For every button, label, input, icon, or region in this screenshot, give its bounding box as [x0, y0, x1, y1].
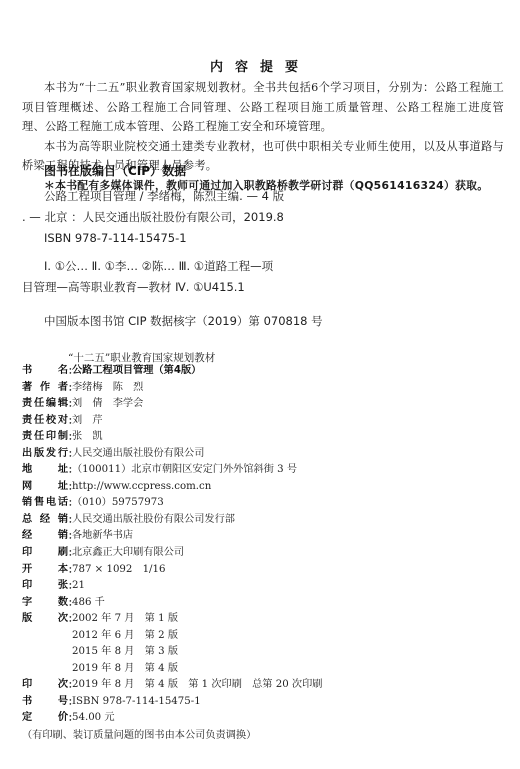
- copyright-page: 内容提要 本书为“十二五”职业教育国家规划教材。全书共包括6个学习项目，分别为：…: [0, 0, 520, 769]
- colophon-row: 定价：54.00 元: [22, 710, 442, 727]
- colophon-row: 经销：各地新华书店: [22, 528, 442, 545]
- colophon-value: 李绪梅 陈 烈: [72, 380, 143, 397]
- colophon-value: 人民交通出版社股份有限公司发行部: [72, 512, 235, 529]
- colophon-value: 公路工程项目管理（第4版）: [72, 363, 201, 380]
- summary-paragraph: 本书为“十二五”职业教育国家规划教材。全书共包括6个学习项目，分别为：公路工程施…: [22, 78, 504, 137]
- colophon-value: 各地新华书店: [72, 528, 133, 545]
- colophon-value: 486 千: [72, 595, 105, 612]
- colophon-label: 责任印制: [22, 429, 68, 446]
- colophon-row: 责任编辑：刘 倩 李学会: [22, 396, 442, 413]
- colophon-value: （010）59757973: [72, 495, 164, 512]
- colophon-row: ：2015 年 8 月 第 3 版: [22, 644, 442, 661]
- colophon-row: 出版发行：人民交通出版社股份有限公司: [22, 446, 442, 463]
- colophon-row: 网址：http://www.ccpress.com.cn: [22, 479, 442, 496]
- cip-data: 公路工程项目管理 / 李绪梅，陈烈主编. — 4 版 . — 北京 ：人民交通出…: [22, 186, 422, 298]
- colophon-label: 开本: [22, 562, 68, 579]
- colophon-row: 书号：ISBN 978-7-114-15475-1: [22, 694, 442, 711]
- colophon-label: 印张: [22, 578, 68, 595]
- colophon-label: 印次: [22, 677, 68, 694]
- colophon-label: 销售电话: [22, 495, 68, 512]
- colophon-label: 网址: [22, 479, 68, 496]
- cip-subject-line: Ⅰ. ①公… Ⅱ. ①李… ②陈… Ⅲ. ①道路工程—项: [22, 256, 422, 277]
- colophon-value: 54.00 元: [72, 710, 115, 727]
- colophon-value: （100011）北京市朝阳区安定门外外馆斜街 3 号: [72, 462, 297, 479]
- colophon-row: 版次：2002 年 7 月 第 1 版: [22, 611, 442, 628]
- colophon-label: 责任编辑: [22, 396, 68, 413]
- colophon-value: 2019 年 8 月 第 4 版: [72, 661, 178, 678]
- colophon-value: 787 × 1092 1/16: [72, 562, 165, 579]
- colophon-value: 2012 年 6 月 第 2 版: [72, 628, 178, 645]
- colophon-label: 著作者: [22, 380, 68, 397]
- colophon-value: 张 凯: [72, 429, 103, 446]
- colophon-value: 北京鑫正大印刷有限公司: [72, 545, 184, 562]
- colophon-value: 21: [72, 578, 85, 595]
- colophon-label: 出版发行: [22, 446, 68, 463]
- colophon-row: 责任印制：张 凯: [22, 429, 442, 446]
- colophon-row: 总经销：人民交通出版社股份有限公司发行部: [22, 512, 442, 529]
- colophon-row: 地址：（100011）北京市朝阳区安定门外外馆斜街 3 号: [22, 462, 442, 479]
- colophon-value: 刘 芹: [72, 413, 103, 430]
- summary-title: 内容提要: [0, 56, 520, 75]
- colophon-row: 著作者：李绪梅 陈 烈: [22, 380, 442, 397]
- colophon-value: 人民交通出版社股份有限公司: [72, 446, 204, 463]
- colophon-row: ：2012 年 6 月 第 2 版: [22, 628, 442, 645]
- colophon-row: 印刷：北京鑫正大印刷有限公司: [22, 545, 442, 562]
- colophon-value: 刘 倩 李学会: [72, 396, 143, 413]
- colophon-value: http://www.ccpress.com.cn: [72, 479, 211, 496]
- colophon-label: 责任校对: [22, 413, 68, 430]
- colophon-label: 字数: [22, 595, 68, 612]
- colophon-row: ：2019 年 8 月 第 4 版: [22, 661, 442, 678]
- quality-note: （有印刷、装订质量问题的图书由本公司负责调换）: [22, 727, 442, 744]
- colophon-row: 印次：2019 年 8 月 第 4 版 第 1 次印刷 总第 20 次印刷: [22, 677, 442, 694]
- colophon-label: 书号: [22, 694, 68, 711]
- colophon-label: 印刷: [22, 545, 68, 562]
- colophon-label: 定价: [22, 710, 68, 727]
- colophon-value: ISBN 978-7-114-15475-1: [72, 694, 201, 711]
- colophon: 书名：公路工程项目管理（第4版）著作者：李绪梅 陈 烈责任编辑：刘 倩 李学会责…: [22, 363, 442, 744]
- cip-heading: 图书在版编目（CIP）数据: [44, 162, 186, 179]
- colophon-value: 2019 年 8 月 第 4 版 第 1 次印刷 总第 20 次印刷: [72, 677, 322, 694]
- colophon-row: 责任校对：刘 芹: [22, 413, 442, 430]
- cip-publisher-line: . — 北京 ：人民交通出版社股份有限公司，2019.8: [22, 207, 422, 228]
- colophon-row: 字数：486 千: [22, 595, 442, 612]
- colophon-label: 版次: [22, 611, 68, 628]
- cip-title-line: 公路工程项目管理 / 李绪梅，陈烈主编. — 4 版: [22, 186, 422, 207]
- colophon-label: 地址: [22, 462, 68, 479]
- colophon-value: 2015 年 8 月 第 3 版: [72, 644, 178, 661]
- cip-subject-line-cont: 目管理—高等职业教育—教材 Ⅳ. ①U415.1: [22, 277, 422, 298]
- cip-verification: 中国版本图书馆 CIP 数据核字（2019）第 070818 号: [44, 313, 323, 329]
- colophon-value: 2002 年 7 月 第 1 版: [72, 611, 178, 628]
- colophon-label: 经销: [22, 528, 68, 545]
- colophon-row: 开本：787 × 1092 1/16: [22, 562, 442, 579]
- colophon-row: 印张：21: [22, 578, 442, 595]
- colophon-row: 销售电话：（010）59757973: [22, 495, 442, 512]
- colophon-label: 书名: [22, 363, 68, 380]
- colophon-label: 总经销: [22, 512, 68, 529]
- cip-isbn-line: ISBN 978-7-114-15475-1: [22, 228, 422, 249]
- colophon-row: 书名：公路工程项目管理（第4版）: [22, 363, 442, 380]
